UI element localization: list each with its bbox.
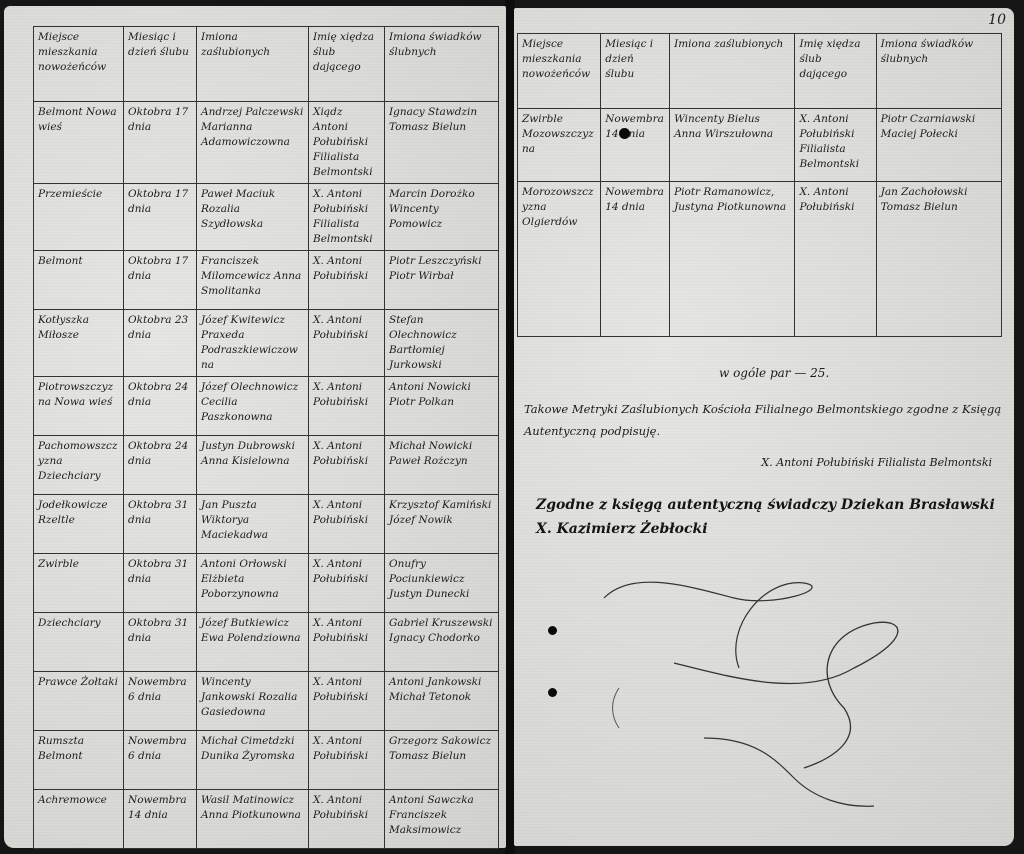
cell-priest: X. Antoni Połubiński Filialista Belmonts… xyxy=(795,109,876,182)
cell-witnesses: Jan Zachołowski Tomasz Bielun xyxy=(876,182,1001,337)
cell-residence: Achremowce xyxy=(34,790,124,849)
col-header-couple: Imiona zaślubionych xyxy=(670,34,795,109)
cell-priest: X. Antoni Połubiński xyxy=(309,672,385,731)
cell-couple: Andrzej Palczewski Marianna Adamowiczown… xyxy=(197,102,309,184)
binding-hole-icon xyxy=(548,626,557,635)
col-header-witnesses: Imiona świadków ślubnych xyxy=(876,34,1001,109)
table-row: Jodełkowicze Rzeltle Oktobra 31 dnia Jan… xyxy=(34,495,499,554)
cell-residence: Kotłyszka Miłosze xyxy=(34,310,124,377)
cell-couple: Jan Puszta Wiktorya Maciekadwa xyxy=(197,495,309,554)
cell-date: Oktobra 17 dnia xyxy=(124,251,197,310)
cell-date: Oktobra 31 dnia xyxy=(124,613,197,672)
table-row: Morozowszczyzna Olgierdów Nowembra 14 dn… xyxy=(518,182,1002,337)
cell-witnesses: Krzysztof Kamiński Józef Nowik xyxy=(385,495,499,554)
cell-date: Nowembra 6 dnia xyxy=(124,672,197,731)
attestation-signature: X. Antoni Połubiński Filialista Belmonts… xyxy=(761,456,992,469)
cell-witnesses: Antoni Sawczka Franciszek Maksimowicz xyxy=(385,790,499,849)
cell-couple: Józef Olechnowicz Cecilia Paszkonowna xyxy=(197,377,309,436)
marriage-register-table-right: Miejsce mieszkania nowożeńców Miesiąc i … xyxy=(517,33,1002,337)
cell-residence: Prawce Żołtaki xyxy=(34,672,124,731)
cell-residence: Belmont Nowa wieś xyxy=(34,102,124,184)
table-row: Rumszta Belmont Nowembra 6 dnia Michał C… xyxy=(34,731,499,790)
table-row: Prawce Żołtaki Nowembra 6 dnia Wincenty … xyxy=(34,672,499,731)
cell-residence: Zwirble xyxy=(34,554,124,613)
table-row: Belmont Nowa wieś Oktobra 17 dnia Andrze… xyxy=(34,102,499,184)
col-header-couple: Imiona zaślubionych xyxy=(197,27,309,102)
attestation-text: Takowe Metryki Zaślubionych Kościoła Fil… xyxy=(524,398,1004,442)
table-row: Przemieście Oktobra 17 dnia Paweł Maciuk… xyxy=(34,184,499,251)
cell-witnesses: Piotr Leszczyński Piotr Wirbał xyxy=(385,251,499,310)
cell-priest: X. Antoni Połubiński xyxy=(309,790,385,849)
cell-residence: Zwirble Mozowszczyzna xyxy=(518,109,601,182)
cell-date: Oktobra 23 dnia xyxy=(124,310,197,377)
table-row: Belmont Oktobra 17 dnia Franciszek Milom… xyxy=(34,251,499,310)
cell-couple: Wincenty Jankowski Rozalia Gasiedowna xyxy=(197,672,309,731)
cell-date: Nowembra 14 dnia xyxy=(124,790,197,849)
cell-couple: Piotr Ramanowicz, Justyna Piotkunowna xyxy=(670,182,795,337)
col-header-date: Miesiąc i dzień ślubu xyxy=(124,27,197,102)
signature-flourish-icon xyxy=(574,568,954,818)
cell-couple: Antoni Orłowski Elżbieta Poborzynowna xyxy=(197,554,309,613)
cell-residence: Dziechciary xyxy=(34,613,124,672)
table-row: Piotrowszczyzna Nowa wieś Oktobra 24 dni… xyxy=(34,377,499,436)
cell-priest: Xiądz Antoni Połubiński Filialista Belmo… xyxy=(309,102,385,184)
cell-residence: Belmont xyxy=(34,251,124,310)
table-row: Kotłyszka Miłosze Oktobra 23 dnia Józef … xyxy=(34,310,499,377)
cell-priest: X. Antoni Połubiński xyxy=(795,182,876,337)
cell-witnesses: Grzegorz Sakowicz Tomasz Bielun xyxy=(385,731,499,790)
total-couples-summary: w ogóle par — 25. xyxy=(719,366,829,380)
cell-date: Oktobra 17 dnia xyxy=(124,184,197,251)
cell-couple: Justyn Dubrowski Anna Kisielowna xyxy=(197,436,309,495)
cell-date: Nowembra 6 dnia xyxy=(124,731,197,790)
dean-certification: Zgodne z księgą autentyczną świadczy Dzi… xyxy=(536,493,1006,541)
col-header-date: Miesiąc i dzień ślubu xyxy=(601,34,670,109)
cell-date: Oktobra 17 dnia xyxy=(124,102,197,184)
cell-residence: Morozowszczyzna Olgierdów xyxy=(518,182,601,337)
table-header-row: Miejsce mieszkania nowożeńców Miesiąc i … xyxy=(34,27,499,102)
cell-witnesses: Antoni Nowicki Piotr Polkan xyxy=(385,377,499,436)
cell-priest: X. Antoni Połubiński xyxy=(309,731,385,790)
cell-date: Nowembra 14 dnia xyxy=(601,182,670,337)
cell-witnesses: Antoni Jankowski Michał Tetonok xyxy=(385,672,499,731)
cell-residence: Pachomowszczyzna Dziechciary xyxy=(34,436,124,495)
cell-date: Oktobra 31 dnia xyxy=(124,554,197,613)
cell-priest: X. Antoni Połubiński xyxy=(309,613,385,672)
table-row: Zwirble Mozowszczyzna Nowembra 14 dnia W… xyxy=(518,109,1002,182)
table-row: Achremowce Nowembra 14 dnia Wasil Matino… xyxy=(34,790,499,849)
cell-date: Oktobra 24 dnia xyxy=(124,377,197,436)
cell-date: Oktobra 24 dnia xyxy=(124,436,197,495)
cell-witnesses: Marcin Dorożko Wincenty Pomowicz xyxy=(385,184,499,251)
cell-priest: X. Antoni Połubiński xyxy=(309,251,385,310)
cell-priest: X. Antoni Połubiński xyxy=(309,495,385,554)
marriage-register-table-left: Miejsce mieszkania nowożeńców Miesiąc i … xyxy=(33,26,499,849)
cell-priest: X. Antoni Połubiński xyxy=(309,436,385,495)
cell-residence: Piotrowszczyzna Nowa wieś xyxy=(34,377,124,436)
col-header-residence: Miejsce mieszkania nowożeńców xyxy=(34,27,124,102)
ink-blot-icon xyxy=(619,128,630,139)
cell-witnesses: Michał Nowicki Paweł Rożczyn xyxy=(385,436,499,495)
table-row: Dziechciary Oktobra 31 dnia Józef Butkie… xyxy=(34,613,499,672)
table-row: Pachomowszczyzna Dziechciary Oktobra 24 … xyxy=(34,436,499,495)
left-page: Miejsce mieszkania nowożeńców Miesiąc i … xyxy=(4,6,506,848)
cell-couple: Józef Kwitewicz Praxeda Podraszkiewiczow… xyxy=(197,310,309,377)
right-page: 10 Miejsce mieszkania nowożeńców Miesiąc… xyxy=(514,8,1014,846)
cell-couple: Paweł Maciuk Rozalia Szydłowska xyxy=(197,184,309,251)
cell-priest: X. Antoni Połubiński xyxy=(309,377,385,436)
cell-witnesses: Piotr Czarniawski Maciej Połecki xyxy=(876,109,1001,182)
cell-witnesses: Gabriel Kruszewski Ignacy Chodorko xyxy=(385,613,499,672)
col-header-residence: Miejsce mieszkania nowożeńców xyxy=(518,34,601,109)
binding-hole-icon xyxy=(548,688,557,697)
table-header-row: Miejsce mieszkania nowożeńców Miesiąc i … xyxy=(518,34,1002,109)
cell-couple: Michał Cimetdzki Dunika Żyromska xyxy=(197,731,309,790)
table-row: Zwirble Oktobra 31 dnia Antoni Orłowski … xyxy=(34,554,499,613)
cell-couple: Franciszek Milomcewicz Anna Smolitanka xyxy=(197,251,309,310)
cell-date: Nowembra 14 dnia xyxy=(601,109,670,182)
cell-witnesses: Onufry Pociunkiewicz Justyn Dunecki xyxy=(385,554,499,613)
cell-couple: Józef Butkiewicz Ewa Polendziowna xyxy=(197,613,309,672)
col-header-priest: Imię xiędza ślub dającego xyxy=(309,27,385,102)
cell-priest: X. Antoni Połubiński xyxy=(309,554,385,613)
cell-residence: Rumszta Belmont xyxy=(34,731,124,790)
cell-couple: Wasil Matinowicz Anna Piotkunowna xyxy=(197,790,309,849)
cell-residence: Jodełkowicze Rzeltle xyxy=(34,495,124,554)
cell-witnesses: Stefan Olechnowicz Bartłomiej Jurkowski xyxy=(385,310,499,377)
col-header-witnesses: Imiona świadków ślubnych xyxy=(385,27,499,102)
col-header-priest: Imię xiędza ślub dającego xyxy=(795,34,876,109)
cell-residence: Przemieście xyxy=(34,184,124,251)
page-number: 10 xyxy=(988,12,1006,28)
cell-witnesses: Ignacy Stawdzin Tomasz Bielun xyxy=(385,102,499,184)
cell-priest: X. Antoni Połubiński Filialista Belmonts… xyxy=(309,184,385,251)
cell-couple: Wincenty Bielus Anna Wirszułowna xyxy=(670,109,795,182)
cell-date: Oktobra 31 dnia xyxy=(124,495,197,554)
cell-priest: X. Antoni Połubiński xyxy=(309,310,385,377)
